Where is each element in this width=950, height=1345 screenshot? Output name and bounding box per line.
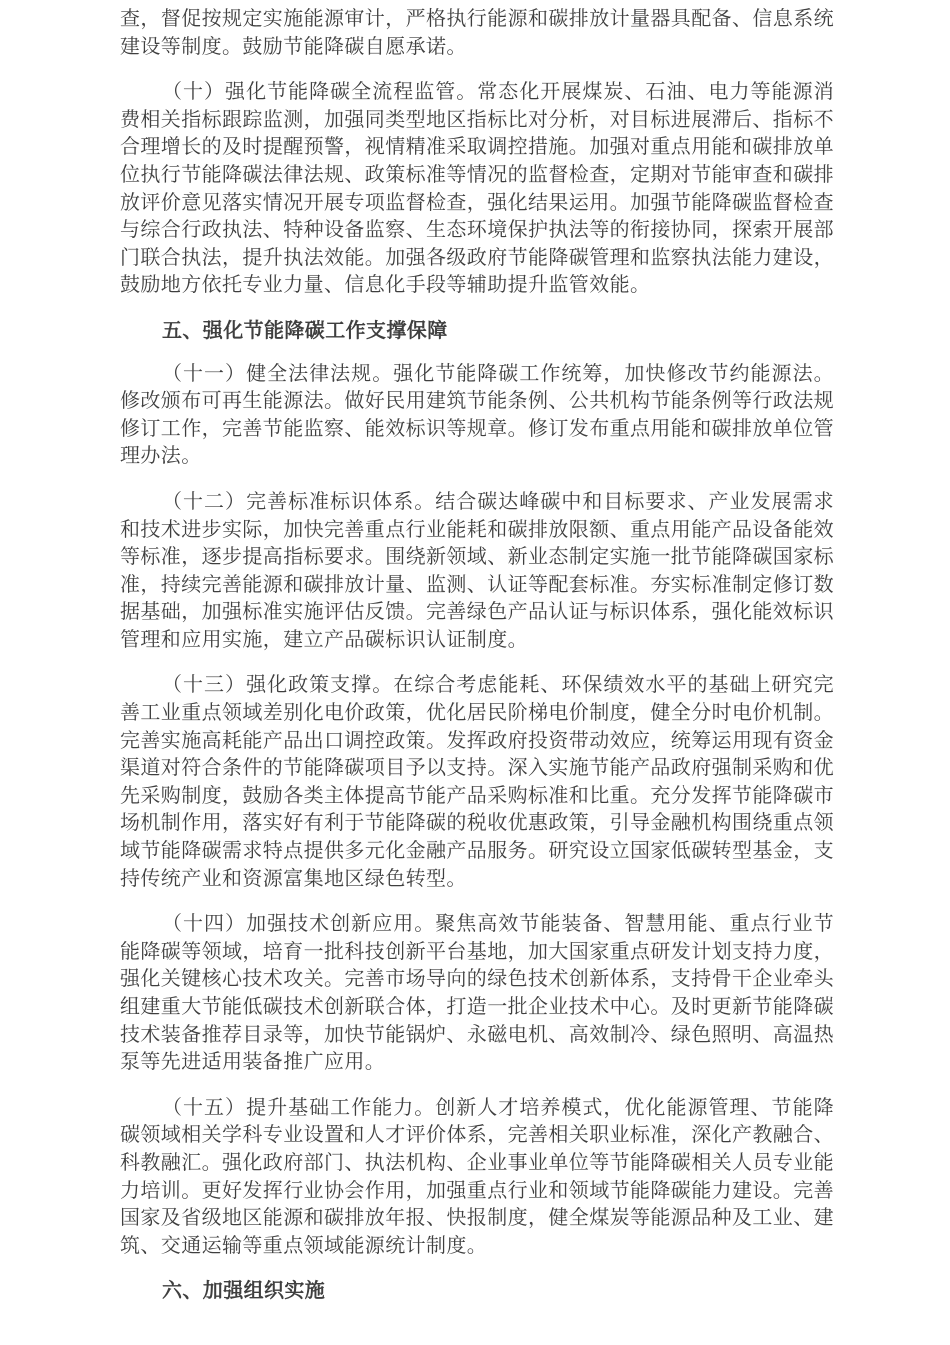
paragraph-continuation: 查，督促按规定实施能源审计，严格执行能源和碳排放计量器具配备、信息系统建设等制度… xyxy=(120,6,834,61)
section-heading-5-support: 五、强化节能降碳工作支撑保障 xyxy=(120,318,834,346)
section-heading-6-implementation: 六、加强组织实施 xyxy=(120,1278,834,1306)
paragraph-item-15-capability: （十五）提升基础工作能力。创新人才培养模式，优化能源管理、节能降碳领域相关学科专… xyxy=(120,1095,834,1261)
paragraph-item-11-laws: （十一）健全法律法规。强化节能降碳工作统筹，加快修改节约能源法。修改颁布可再生能… xyxy=(120,361,834,471)
paragraph-item-10-supervision: （十）强化节能降碳全流程监管。常态化开展煤炭、石油、电力等能源消费相关指标跟踪监… xyxy=(120,79,834,300)
paragraph-item-12-standards: （十二）完善标准标识体系。结合碳达峰碳中和目标要求、产业发展需求和技术进步实际，… xyxy=(120,489,834,655)
document-page: 查，督促按规定实施能源审计，严格执行能源和碳排放计量器具配备、信息系统建设等制度… xyxy=(0,0,950,1345)
paragraph-item-14-technology: （十四）加强技术创新应用。聚焦高效节能装备、智慧用能、重点行业节能降碳等领域，培… xyxy=(120,911,834,1077)
paragraph-item-13-policy: （十三）强化政策支撑。在综合考虑能耗、环保绩效水平的基础上研究完善工业重点领域差… xyxy=(120,672,834,893)
